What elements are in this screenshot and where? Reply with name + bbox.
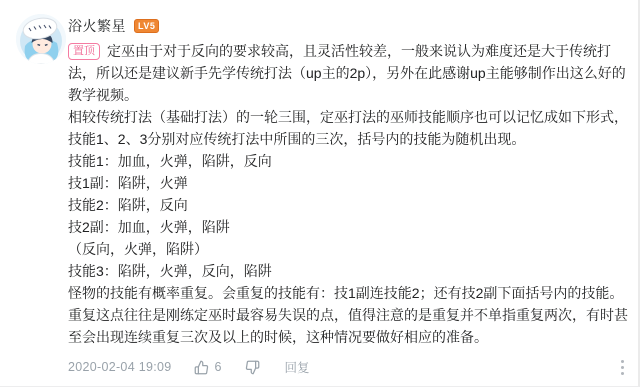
avatar-image — [16, 14, 66, 64]
comment-text: 定巫由于对于反向的要求较高，且灵活性较差，一般来说认为难度还是大于传统打法，所以… — [68, 43, 626, 103]
comment-paragraph: 技1副：陷阱，火弹 — [68, 172, 628, 194]
comment-paragraph: 技能1：加血，火弹，陷阱，反向 — [68, 150, 628, 172]
comment-footer: 2020-02-04 19:09 6 回复 — [68, 357, 628, 377]
comment-body: 浴火繁星 LV5 置顶定巫由于对于反向的要求较高，且灵活性较差，一般来说认为难度… — [68, 16, 628, 377]
comment-paragraph: 怪物的技能有概率重复。会重复的技能有：技1副连技能2；还有技2副下面括号内的技能… — [68, 282, 628, 348]
kebab-menu-icon[interactable] — [617, 358, 628, 377]
thumbs-up-icon — [194, 360, 209, 375]
comment-content: 置顶定巫由于对于反向的要求较高，且灵活性较差，一般来说认为难度还是大于传统打法，… — [68, 40, 628, 348]
comment-header: 浴火繁星 LV5 — [68, 16, 628, 36]
comment-paragraph: 技能2：陷阱，反向 — [68, 194, 628, 216]
user-level-badge: LV5 — [134, 19, 159, 33]
thumbs-down-icon — [245, 360, 260, 375]
dislike-button[interactable] — [245, 360, 260, 375]
pinned-badge: 置顶 — [68, 43, 100, 60]
like-button[interactable] — [194, 360, 209, 375]
reply-button[interactable]: 回复 — [284, 358, 309, 376]
comment-paragraph: 技能3：陷阱，火弹，反向，陷阱 — [68, 260, 628, 282]
comment-paragraph: 置顶定巫由于对于反向的要求较高，且灵活性较差，一般来说认为难度还是大于传统打法，… — [68, 40, 628, 106]
comment-paragraph: （反向，火弹，陷阱） — [68, 238, 628, 260]
like-count: 6 — [215, 360, 222, 374]
timestamp: 2020-02-04 19:09 — [68, 360, 172, 374]
comment-card: 浴火繁星 LV5 置顶定巫由于对于反向的要求较高，且灵活性较差，一般来说认为难度… — [0, 0, 640, 387]
comment-paragraph: 相较传统打法（基础打法）的一轮三围，定巫打法的巫师技能顺序也可以记忆成如下形式，… — [68, 106, 628, 150]
avatar[interactable] — [16, 14, 66, 64]
comment-paragraph: 技2副：加血，火弹，陷阱 — [68, 216, 628, 238]
username[interactable]: 浴火繁星 — [68, 16, 126, 36]
